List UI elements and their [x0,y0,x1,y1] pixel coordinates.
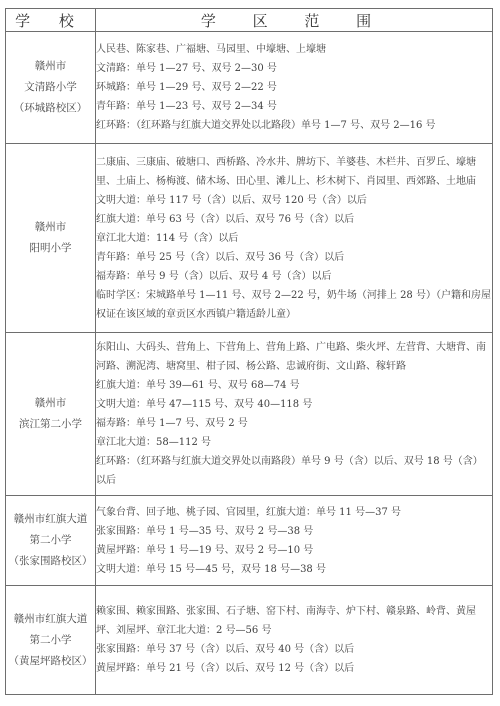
school-name-line: 滨江第二小学 [6,414,95,435]
scope-line: 青年路：单号 25 号（含）以后、双号 36 号（含）以后 [96,248,492,267]
school-name-line: 赣州市 [6,393,95,414]
table-row: 赣州市 阳明小学 二康庙、三康庙、破塘口、西桥路、冷水井、牌坊下、羊婆巷、木栏井… [6,144,493,333]
scope-line: 文明大道：单号 15 号—45 号，双号 18 号—38 号 [96,560,492,579]
header-school: 学 校 [6,9,96,32]
scope-line: 环城路：单号 1—29 号、双号 2—22 号 [96,78,492,97]
school-name-line: 阳明小学 [6,238,95,259]
school-name-line: 赣州市 [6,217,95,238]
scope-line: 文明大道：单号 117 号（含）以后、双号 120 号（含）以后 [96,191,492,210]
scope-line: 青年路：单号 1—23 号、双号 2—34 号 [96,97,492,116]
school-cell: 赣州市红旗大道 第二小学 （黄屋坪路校区） [6,586,96,695]
table-row: 赣州市红旗大道 第二小学 （黄屋坪路校区） 赖家围、赖家围路、张家围、石子塘、窑… [6,586,493,695]
table-row: 赣州市 滨江第二小学 东阳山、大码头、营角上、下营角上、营角上路、广电路、柴火坪… [6,333,493,496]
scope-line: 黄屋坪路：单号 1 号—19 号、双号 2 号—10 号 [96,541,492,560]
table-header-row: 学 校 学 区 范 围 [6,9,493,32]
scope-cell: 气象台背、回子地、桃子园、官园里，红旗大道：单号 11 号—37 号 张家围路：… [96,496,493,586]
scope-cell: 赖家围、赖家围路、张家围、石子塘、窑下村、南海寺、炉下村、赣泉路、岭背、黄屋坪、… [96,586,493,695]
scope-line: 章江北大道：114 号（含）以后 [96,229,492,248]
scope-line: 人民巷、陈家巷、广福塘、马园里、中壕塘、上壕塘 [96,40,492,59]
scope-line: 红环路：（红环路与红旗大道交界处以北路段）单号 1—7 号、双号 2—16 号 [96,116,492,135]
scope-line: 赖家围、赖家围路、张家围、石子塘、窑下村、南海寺、炉下村、赣泉路、岭背、黄屋坪、… [96,602,492,640]
school-cell: 赣州市红旗大道 第二小学 （张家围路校区） [6,496,96,586]
scope-line: 文明大道：单号 47—115 号、双号 40—118 号 [96,395,492,414]
scope-line: 气象台背、回子地、桃子园、官园里，红旗大道：单号 11 号—37 号 [96,503,492,522]
school-name-line: 赣州市红旗大道 [6,509,95,530]
scope-line: 红旗大道：单号 39—61 号、双号 68—74 号 [96,376,492,395]
scope-line: 张家围路：单号 1 号—35 号、双号 2 号—38 号 [96,522,492,541]
school-name-line: （张家围路校区） [6,551,95,572]
school-district-table: 学 校 学 区 范 围 赣州市 文清路小学 （环城路校区） 人民巷、陈家巷、广福… [5,8,493,695]
school-name-line: （环城路校区） [6,98,95,119]
school-cell: 赣州市 阳明小学 [6,144,96,333]
scope-cell: 人民巷、陈家巷、广福塘、马园里、中壕塘、上壕塘 文清路：单号 1—27 号、双号… [96,32,493,144]
header-scope: 学 区 范 围 [96,9,493,32]
scope-cell: 东阳山、大码头、营角上、下营角上、营角上路、广电路、柴火坪、左营背、大塘背、南河… [96,333,493,496]
scope-line: 黄屋坪路：单号 21 号（含）以后、双号 12 号（含）以后 [96,659,492,678]
scope-line: 福寿路：单号 9 号（含）以后、双号 4 号（含）以后 [96,267,492,286]
scope-cell: 二康庙、三康庙、破塘口、西桥路、冷水井、牌坊下、羊婆巷、木栏井、百罗丘、壕塘里、… [96,144,493,333]
table-row: 赣州市红旗大道 第二小学 （张家围路校区） 气象台背、回子地、桃子园、官园里，红… [6,496,493,586]
scope-line: 二康庙、三康庙、破塘口、西桥路、冷水井、牌坊下、羊婆巷、木栏井、百罗丘、壕塘里、… [96,153,492,191]
school-name-line: （黄屋坪路校区） [6,651,95,672]
scope-line: 章江北大道：58—112 号 [96,433,492,452]
scope-line: 福寿路：单号 1—7 号、双号 2 号 [96,414,492,433]
scope-line: 临时学区：宋城路单号 1—11 号、双号 2—22 号，奶牛场（河排上 28 号… [96,286,492,324]
table-row: 赣州市 文清路小学 （环城路校区） 人民巷、陈家巷、广福塘、马园里、中壕塘、上壕… [6,32,493,144]
school-name-line: 赣州市红旗大道 [6,609,95,630]
school-name-line: 文清路小学 [6,77,95,98]
school-cell: 赣州市 文清路小学 （环城路校区） [6,32,96,144]
scope-line: 东阳山、大码头、营角上、下营角上、营角上路、广电路、柴火坪、左营背、大塘背、南河… [96,338,492,376]
scope-line: 张家围路：单号 37 号（含）以后、双号 40 号（含）以后 [96,640,492,659]
scope-line: 红环路：（红环路与红旗大道交界处以南路段）单号 9 号（含）以后、双号 18 号… [96,452,492,490]
school-name-line: 第二小学 [6,530,95,551]
scope-line: 文清路：单号 1—27 号、双号 2—30 号 [96,59,492,78]
scope-line: 红旗大道：单号 63 号（含）以后、双号 76 号（含）以后 [96,210,492,229]
school-name-line: 赣州市 [6,56,95,77]
school-name-line: 第二小学 [6,630,95,651]
school-cell: 赣州市 滨江第二小学 [6,333,96,496]
